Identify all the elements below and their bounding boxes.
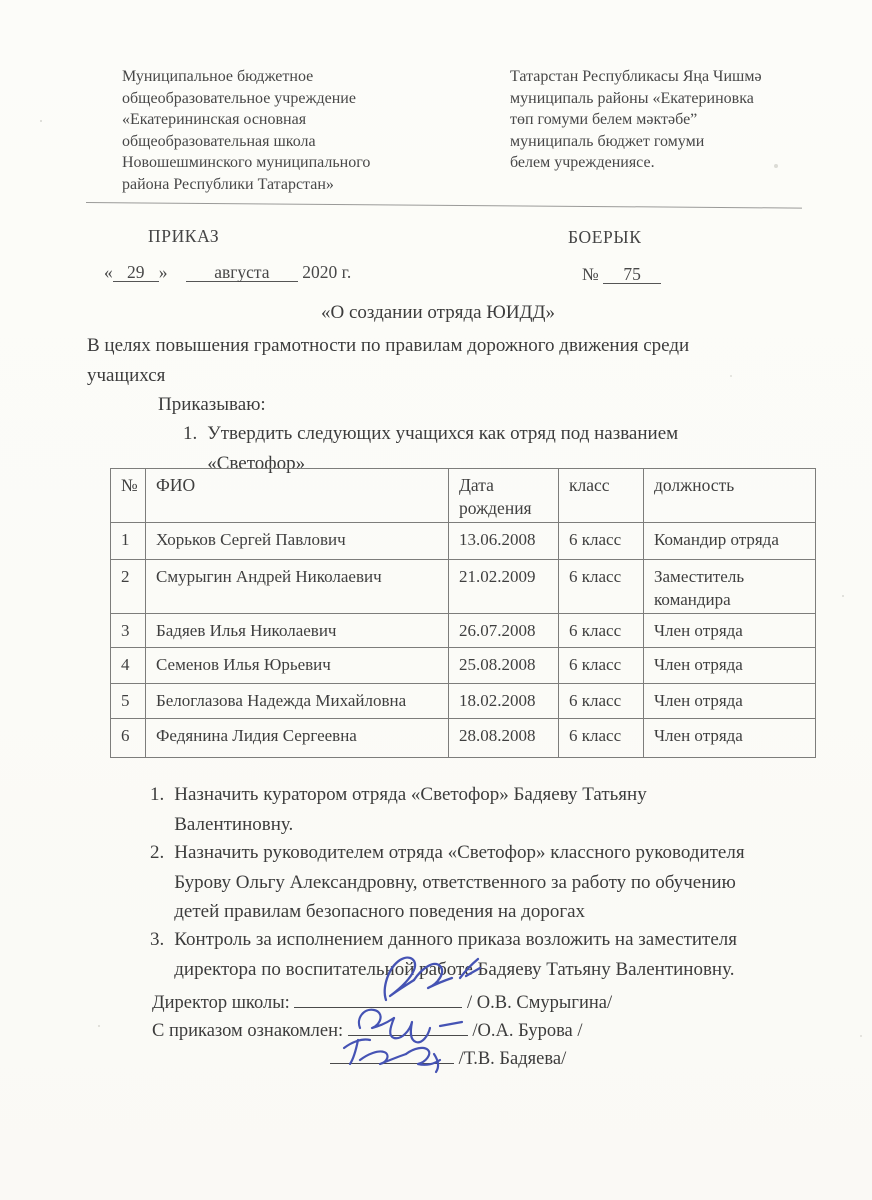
table-row: 2 Смурыгин Андрей Николаевич 21.02.2009 … xyxy=(111,560,816,614)
list-text: Назначить руководителем отряда «Светофор… xyxy=(174,838,744,927)
col-header-role: должность xyxy=(644,469,816,523)
cell-fio: Хорьков Сергей Павлович xyxy=(146,523,449,560)
cell-role: Член отряда xyxy=(644,614,816,648)
org-line: муниципаль районы «Екатериновка xyxy=(510,88,855,110)
list-line: директора по воспитательной работе Бадяе… xyxy=(174,955,737,985)
list-line: Утвердить следующих учащихся как отряд п… xyxy=(207,419,678,449)
table-row: 4 Семенов Илья Юрьевич 25.08.2008 6 клас… xyxy=(111,648,816,684)
cell-number: 2 xyxy=(111,560,146,614)
table-header-row: № ФИО Дата рождения класс должность xyxy=(111,469,816,523)
order-date: «29» августа 2020 г. xyxy=(104,262,351,283)
prikaz-word: Приказываю: xyxy=(158,390,266,420)
table-row: 6 Федянина Лидия Сергеевна 28.08.2008 6 … xyxy=(111,719,816,758)
cell-number: 1 xyxy=(111,523,146,560)
org-line: муниципаль бюджет гомуми xyxy=(510,131,855,153)
list-number: 1. xyxy=(150,780,164,839)
number-sign: № xyxy=(582,264,599,284)
cell-birthdate: 25.08.2008 xyxy=(449,648,559,684)
list-line: Назначить руководителем отряда «Светофор… xyxy=(174,838,744,868)
cell-class: 6 класс xyxy=(559,614,644,648)
ack-label: С приказом ознакомлен: xyxy=(152,1021,343,1041)
list-line: Бурову Ольгу Александровну, ответственно… xyxy=(174,868,744,898)
org-line: белем учреждениясе. xyxy=(510,152,855,174)
org-line: общеобразовательное учреждение xyxy=(122,88,462,110)
quote-close: » xyxy=(159,262,168,282)
ack-name-1: /О.А. Бурова / xyxy=(472,1021,582,1041)
list-text: Назначить куратором отряда «Светофор» Ба… xyxy=(174,780,646,839)
cell-birthdate: 18.02.2008 xyxy=(449,684,559,719)
org-line: төп гомуми белем мәктәбе” xyxy=(510,109,855,131)
cell-class: 6 класс xyxy=(559,560,644,614)
org-line: Муниципальное бюджетное xyxy=(122,66,462,88)
directive-item-1: 1. Назначить куратором отряда «Светофор»… xyxy=(150,780,790,839)
number-blank: 75 xyxy=(603,265,661,284)
scan-noise-specks xyxy=(40,120,42,122)
cell-fio: Бадяев Илья Николаевич xyxy=(146,614,449,648)
col-header-fio: ФИО xyxy=(146,469,449,523)
org-line: Татарстан Республикасы Яңа Чишмә xyxy=(510,66,855,88)
cell-class: 6 класс xyxy=(559,648,644,684)
cell-role: Член отряда xyxy=(644,648,816,684)
list-line: Назначить куратором отряда «Светофор» Ба… xyxy=(174,780,646,810)
table-row: 1 Хорьков Сергей Павлович 13.06.2008 6 к… xyxy=(111,523,816,560)
list-line: Контроль за исполнением данного приказа … xyxy=(174,925,737,955)
list-text: Контроль за исполнением данного приказа … xyxy=(174,925,737,984)
cell-fio: Семенов Илья Юрьевич xyxy=(146,648,449,684)
cell-class: 6 класс xyxy=(559,719,644,758)
list-number: 2. xyxy=(150,838,164,927)
table-row: 3 Бадяев Илья Николаевич 26.07.2008 6 кл… xyxy=(111,614,816,648)
directive-item-3: 3. Контроль за исполнением данного прика… xyxy=(150,925,810,984)
date-month-blank: августа xyxy=(186,263,298,282)
org-line: «Екатерининская основная xyxy=(122,109,462,131)
cell-role: Член отряда xyxy=(644,719,816,758)
cell-role: Член отряда xyxy=(644,684,816,719)
cell-birthdate: 21.02.2009 xyxy=(449,560,559,614)
col-header-birthdate: Дата рождения xyxy=(449,469,559,523)
cell-class: 6 класс xyxy=(559,523,644,560)
letterhead-divider xyxy=(86,202,802,209)
cell-number: 5 xyxy=(111,684,146,719)
cell-class: 6 класс xyxy=(559,684,644,719)
cell-role: Командир отряда xyxy=(644,523,816,560)
document-title: «О создании отряда ЮИДД» xyxy=(87,302,789,324)
cell-role: Заместитель командира xyxy=(644,560,816,614)
cell-fio: Смурыгин Андрей Николаевич xyxy=(146,560,449,614)
table-row: 5 Белоглазова Надежда Михайловна 18.02.2… xyxy=(111,684,816,719)
cell-number: 6 xyxy=(111,719,146,758)
signature-row-ack-1: С приказом ознакомлен: /О.А. Бурова / xyxy=(152,1018,583,1042)
org-line: района Республики Татарстан» xyxy=(122,174,462,196)
director-signature-line xyxy=(294,990,462,1008)
ack-name-2: /Т.В. Бадяева/ xyxy=(459,1049,567,1069)
cell-fio: Белоглазова Надежда Михайловна xyxy=(146,684,449,719)
date-day-blank: 29 xyxy=(113,263,159,282)
ack-signature-line-2 xyxy=(330,1046,454,1064)
org-name-russian: Муниципальное бюджетное общеобразователь… xyxy=(122,66,462,195)
org-line: общеобразовательная школа xyxy=(122,131,462,153)
col-header-number: № xyxy=(111,469,146,523)
ack-signature-line-1 xyxy=(348,1018,468,1036)
signature-row-ack-2: /Т.В. Бадяева/ xyxy=(330,1046,566,1070)
date-year: 2020 г. xyxy=(302,262,351,282)
scanned-order-document: Муниципальное бюджетное общеобразователь… xyxy=(0,0,872,1200)
cell-birthdate: 26.07.2008 xyxy=(449,614,559,648)
intro-line: В целях повышения грамотности по правила… xyxy=(87,331,799,361)
squad-roster-table: № ФИО Дата рождения класс должность 1 Хо… xyxy=(110,468,816,758)
director-name: / О.В. Смурыгина/ xyxy=(467,993,612,1013)
cell-number: 3 xyxy=(111,614,146,648)
cell-birthdate: 28.08.2008 xyxy=(449,719,559,758)
signature-row-director: Директор школы: / О.В. Смурыгина/ xyxy=(152,990,612,1014)
org-line: Новошешминского муниципального xyxy=(122,152,462,174)
order-label-tat: БОЕРЫК xyxy=(568,227,642,248)
director-label: Директор школы: xyxy=(152,993,290,1013)
quote-open: « xyxy=(104,262,113,282)
col-header-class: класс xyxy=(559,469,644,523)
list-line: Валентиновну. xyxy=(174,810,646,840)
intro-paragraph: В целях повышения грамотности по правила… xyxy=(87,331,799,390)
list-number: 3. xyxy=(150,925,164,984)
directive-item-2: 2. Назначить руководителем отряда «Свето… xyxy=(150,838,810,927)
order-number: № 75 xyxy=(582,264,661,285)
intro-line: учащихся xyxy=(87,361,799,391)
cell-fio: Федянина Лидия Сергеевна xyxy=(146,719,449,758)
order-label-ru: ПРИКАЗ xyxy=(148,226,219,247)
org-name-tatar: Татарстан Республикасы Яңа Чишмә муницип… xyxy=(510,66,855,174)
cell-number: 4 xyxy=(111,648,146,684)
cell-birthdate: 13.06.2008 xyxy=(449,523,559,560)
list-line: детей правилам безопасного поведения на … xyxy=(174,897,744,927)
